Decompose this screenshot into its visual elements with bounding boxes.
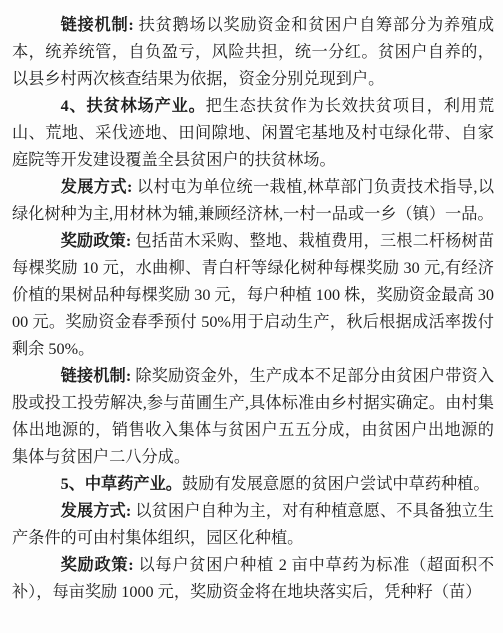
paragraph-herbal-medicine-heading: 5、中草药产业。鼓励有发展意愿的贫困户尝试中草药种植。 — [12, 471, 494, 498]
paragraph-label: 5、中草药产业。 — [61, 475, 182, 493]
paragraph-label: 4、扶贫林场产业。 — [61, 97, 206, 115]
paragraph-label: 链接机制: — [61, 367, 136, 385]
paragraph-forestry-linkage-mechanism: 链接机制: 除奖励资金外，生产成本不足部分由贫困户带资入股或投工投劳解决,参与苗… — [12, 363, 494, 471]
paragraph-goose-farm-linkage-mechanism: 链接机制: 扶贫鹅场以奖励资金和贫困户自筹部分为养殖成本，统养统管，自负盈亏，风… — [12, 12, 494, 93]
document-page: 链接机制: 扶贫鹅场以奖励资金和贫困户自筹部分为养殖成本，统养统管，自负盈亏，风… — [0, 0, 503, 633]
paragraph-herbal-development-method: 发展方式: 以贫困户自种为主，对有种植意愿、不具备独立生产条件的可由村集体组织，… — [12, 498, 494, 552]
paragraph-forestry-incentive-policy: 奖励政策: 包括苗木采购、整地、栽植费用，三根二杆杨树苗每棵奖励 10 元，水曲… — [12, 228, 494, 363]
paragraph-body: 鼓励有发展意愿的贫困户尝试中草药种植。 — [182, 475, 490, 493]
paragraph-herbal-incentive-policy: 奖励政策: 以每户贫困户种植 2 亩中草药为标准（超面积不补），每亩奖励 100… — [12, 552, 494, 606]
paragraph-label: 发展方式: — [61, 502, 136, 520]
paragraph-label: 奖励政策: — [61, 556, 139, 574]
paragraph-forestry-development-method: 发展方式: 以村屯为单位统一栽植,林草部门负责技术指导,以绿化树种为主,用材林为… — [12, 174, 494, 228]
paragraph-label: 发展方式: — [61, 178, 137, 196]
paragraph-label: 链接机制: — [61, 16, 139, 34]
paragraph-body: 包括苗木采购、整地、栽植费用，三根二杆杨树苗每棵奖励 10 元，水曲柳、青白杆等… — [12, 232, 494, 358]
paragraph-label: 奖励政策: — [61, 232, 136, 250]
paragraph-forestry-industry-heading: 4、扶贫林场产业。把生态扶贫作为长效扶贫项目，利用荒山、荒地、采伐迹地、田间隙地… — [12, 93, 494, 174]
